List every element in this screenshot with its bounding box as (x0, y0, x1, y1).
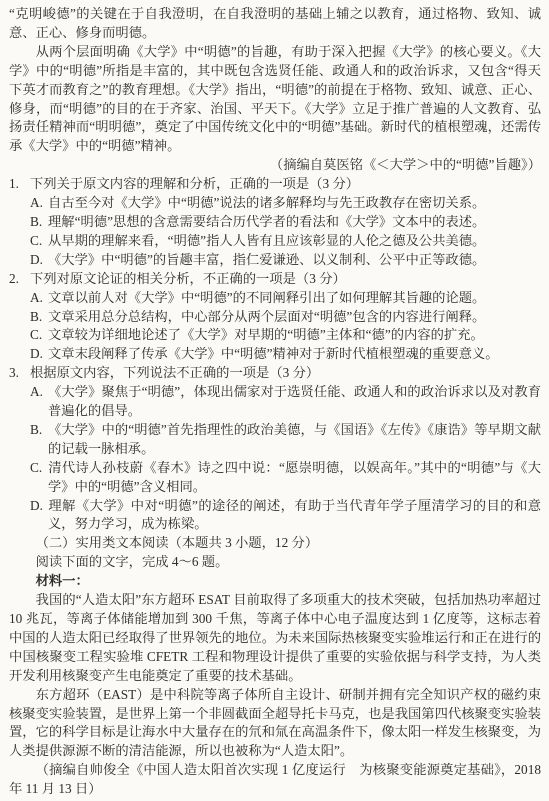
passage-paragraph-continued: “克明峻德”的关键在于自我澄明，在自我澄明的基础上辅之以教育，通过格物、致知、诚… (9, 5, 541, 43)
option-c-text: 从早期的理解来看，“明德”指人人皆有且应该彰显的人伦之德及公共美德。 (48, 233, 485, 248)
option-a-label: A. (30, 194, 48, 213)
exam-page: “克明峻德”的关键在于自我澄明，在自我澄明的基础上辅之以教育，通过格物、致知、诚… (0, 0, 549, 801)
question-2-option-d: D.文章末段阐释了传承《大学》中“明德”精神对于新时代植根塑魂的重要意义。 (30, 345, 541, 364)
question-3-option-a: A.《大学》聚焦于“明德”，体现出儒家对于选贤任能、政通人和的政治诉求以及对教育… (30, 383, 541, 421)
question-block-3: 3.根据原文内容，下列说法不正确的一项是（3 分） A.《大学》聚焦于“明德”，… (9, 364, 541, 534)
option-b-label: B. (30, 308, 48, 327)
material-paragraph-1: 我国的“人造太阳”东方超环 ESAT 目前取得了多项重大的技术突破，包括加热功率… (9, 591, 541, 686)
practical-reading-section: （二）实用类文本阅读（本题共 3 小题，12 分） 阅读下面的文字，完成 4～6… (9, 534, 541, 799)
option-b-label: B. (30, 213, 48, 232)
option-c-label: C. (30, 232, 48, 251)
question-2-option-a: A.文章以前人对《大学》中“明德”的不同阐释引出了如何理解其旨趣的论题。 (30, 289, 541, 308)
option-c-text: 文章较为详细地论述了《大学》对早期的“明德”主体和“德”的内容的扩充。 (48, 327, 484, 342)
question-3-number: 3. (9, 364, 30, 383)
option-d-text: 《大学》中“明德”的旨趣丰富，指仁爱谦逊、以义制利、公平中正等政德。 (48, 252, 485, 267)
option-c-text: 清代诗人孙枝蔚《春木》诗之四中说：“愿崇明德，以娱高年。”其中的“明德”与《大学… (48, 460, 541, 494)
material-label: 材料一： (9, 572, 541, 591)
option-d-label: D. (30, 497, 48, 516)
question-2-stem-line: 2.下列对原文论证的相关分析，不正确的一项是（3 分） (30, 270, 541, 289)
option-d-label: D. (30, 345, 48, 364)
question-3-option-c: C.清代诗人孙枝蔚《春木》诗之四中说：“愿崇明德，以娱高年。”其中的“明德”与《… (30, 459, 541, 497)
question-1-option-b: B.理解“明德”思想的含意需要结合历代学者的看法和《大学》文本中的表述。 (30, 213, 541, 232)
question-3-option-d: D.理解《大学》中对“明德”的途径的阐述，有助于当代青年学子厘清学习的目的和意义… (30, 497, 541, 535)
question-1-option-a: A.自古至今对《大学》中“明德”说法的诸多解释均与先王政教存在密切关系。 (30, 194, 541, 213)
passage-section: “克明峻德”的关键在于自我澄明，在自我澄明的基础上辅之以教育，通过格物、致知、诚… (9, 5, 541, 175)
option-c-label: C. (30, 326, 48, 345)
option-d-label: D. (30, 251, 48, 270)
option-b-text: 文章采用总分总结构，中心部分从两个层面对“明德”包含的内容进行阐释。 (48, 309, 485, 324)
passage-paragraph: 从两个层面明确《大学》中“明德”的旨趣，有助于深入把握《大学》的核心要义。《大学… (9, 43, 541, 156)
option-c-label: C. (30, 459, 48, 478)
option-a-text: 文章以前人对《大学》中“明德”的不同阐释引出了如何理解其旨趣的论题。 (48, 290, 485, 305)
passage-citation: （摘编自莫医铭《＜大学＞中的“明德”旨趣》） (9, 156, 541, 175)
question-2-option-b: B.文章采用总分总结构，中心部分从两个层面对“明德”包含的内容进行阐释。 (30, 308, 541, 327)
option-a-text: 《大学》聚焦于“明德”，体现出儒家对于选贤任能、政通人和的政治诉求以及对教育普遍… (48, 384, 541, 418)
option-a-label: A. (30, 289, 48, 308)
question-1-stem: 下列关于原文内容的理解和分析，正确的一项是（3 分） (30, 176, 359, 191)
question-3-stem: 根据原文内容，下列说法不正确的一项是（3 分） (30, 365, 319, 380)
option-b-text: 《大学》中的“明德”首先指理性的政治美德，与《国语》《左传》《康诰》等早期文献的… (48, 422, 541, 456)
questions-section: 1.下列关于原文内容的理解和分析，正确的一项是（3 分） A.自古至今对《大学》… (9, 175, 541, 534)
option-a-text: 自古至今对《大学》中“明德”说法的诸多解释均与先王政教存在密切关系。 (48, 195, 485, 210)
section-heading: （二）实用类文本阅读（本题共 3 小题，12 分） (9, 534, 541, 553)
option-a-label: A. (30, 383, 48, 402)
question-2-number: 2. (9, 270, 30, 289)
question-1-stem-line: 1.下列关于原文内容的理解和分析，正确的一项是（3 分） (30, 175, 541, 194)
question-1-option-d: D.《大学》中“明德”的旨趣丰富，指仁爱谦逊、以义制利、公平中正等政德。 (30, 251, 541, 270)
option-d-text: 文章末段阐释了传承《大学》中“明德”精神对于新时代植根塑魂的重要意义。 (48, 346, 499, 361)
question-3-option-b: B.《大学》中的“明德”首先指理性的政治美德，与《国语》《左传》《康诰》等早期文… (30, 421, 541, 459)
material-paragraph-2: 东方超环（EAST）是中科院等离子体所自主设计、研制并拥有完全知识产权的磁约束核… (9, 686, 541, 762)
question-block-1: 1.下列关于原文内容的理解和分析，正确的一项是（3 分） A.自古至今对《大学》… (9, 175, 541, 270)
question-3-stem-line: 3.根据原文内容，下列说法不正确的一项是（3 分） (30, 364, 541, 383)
material-citation: （摘编自帅俊全《中国人造太阳首次实现 1 亿度运行 为核聚变能源奠定基础》，20… (9, 761, 541, 799)
option-b-text: 理解“明德”思想的含意需要结合历代学者的看法和《大学》文本中的表述。 (48, 214, 485, 229)
reading-instruction: 阅读下面的文字，完成 4～6 题。 (9, 553, 541, 572)
question-2-stem: 下列对原文论证的相关分析，不正确的一项是（3 分） (30, 271, 346, 286)
option-b-label: B. (30, 421, 48, 440)
option-d-text: 理解《大学》中对“明德”的途径的阐述，有助于当代青年学子厘清学习的目的和意义，努… (48, 498, 541, 532)
question-1-number: 1. (9, 175, 30, 194)
question-1-option-c: C.从早期的理解来看，“明德”指人人皆有且应该彰显的人伦之德及公共美德。 (30, 232, 541, 251)
question-block-2: 2.下列对原文论证的相关分析，不正确的一项是（3 分） A.文章以前人对《大学》… (9, 270, 541, 365)
question-2-option-c: C.文章较为详细地论述了《大学》对早期的“明德”主体和“德”的内容的扩充。 (30, 326, 541, 345)
